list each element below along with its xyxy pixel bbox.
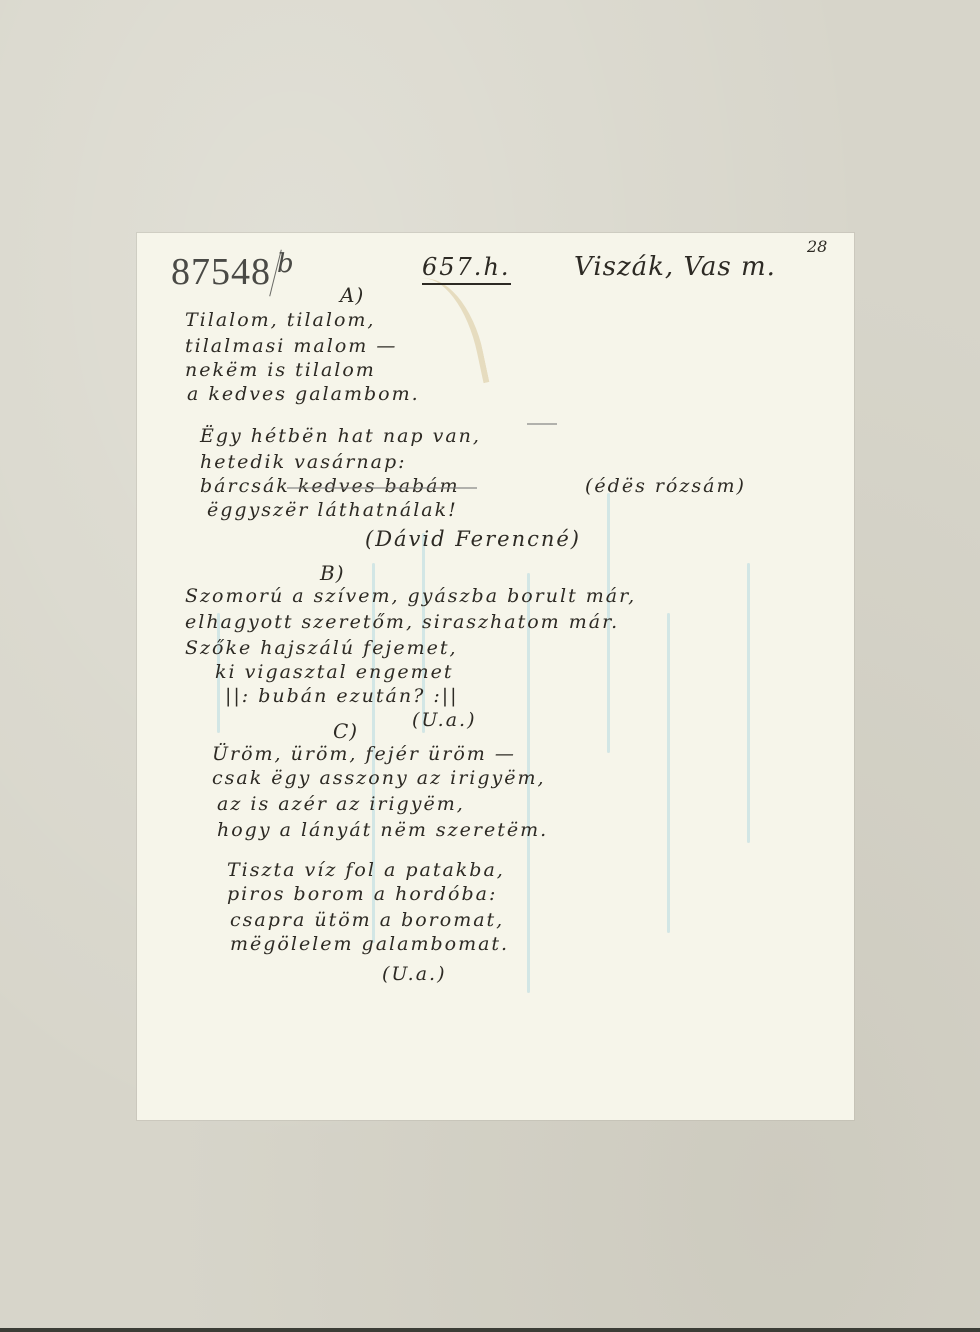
pencil-strikethrough	[287, 487, 477, 489]
board-bottom-edge	[0, 1328, 980, 1332]
verse-line: tilalmasi malom —	[185, 335, 397, 357]
verse-line: Tilalom, tilalom,	[185, 309, 375, 331]
verse-line: csak ëgy asszony az irigyëm,	[212, 767, 546, 789]
reference-number: 657.h.	[422, 253, 511, 285]
verse-line: csapra ütöm a boromat,	[230, 909, 504, 931]
collection-place: Viszák, Vas m.	[574, 252, 776, 282]
verse-line: az is azér az irigyëm,	[217, 793, 465, 815]
catalog-stamp-suffix: b	[277, 249, 294, 279]
manuscript-sheet: 87548 b 657.h. Viszák, Vas m. 28 A) Tila…	[137, 233, 854, 1120]
tea-stain	[421, 269, 490, 391]
verse-line: Ëgy hétbën hat nap van,	[200, 425, 481, 447]
verse-line: piros borom a hordóba:	[227, 883, 497, 905]
catalog-stamp-number: 87548	[171, 250, 271, 294]
verse-line: ëggyszër láthatnálak!	[207, 499, 458, 521]
attribution: (U.a.)	[412, 709, 477, 731]
verse-line-repeat: ||: bubán ezután? :||	[225, 685, 459, 707]
verse-line: Üröm, üröm, fejér üröm —	[212, 743, 516, 765]
attribution: (Dávid Ferencné)	[365, 527, 581, 551]
verse-line: mëgölelem galambomat.	[230, 933, 509, 955]
verse-line: elhagyott szeretőm, siraszhatom már.	[185, 611, 619, 633]
attribution: (U.a.)	[382, 963, 447, 985]
verse-line: a kedves galambom.	[187, 383, 420, 405]
verse-line: nekëm is tilalom	[185, 359, 376, 381]
verse-line: hogy a lányát nëm szeretëm.	[217, 819, 548, 841]
verse-line: ki vigasztal engemet	[215, 661, 454, 683]
verse-line: Szomorú a szívem, gyászba borult már,	[185, 585, 636, 607]
correction-text: (édës rózsám)	[585, 475, 746, 497]
section-label-c: C)	[333, 719, 358, 743]
verse-line: Tiszta víz fol a patakba,	[227, 859, 505, 881]
section-label-b: B)	[320, 561, 345, 585]
page-number: 28	[807, 237, 827, 256]
pencil-mark	[527, 423, 557, 425]
blue-stain	[747, 563, 750, 843]
section-label-a: A)	[340, 283, 364, 307]
verse-line: hetedik vasárnap:	[200, 451, 407, 473]
blue-stain	[667, 613, 670, 933]
verse-line: bárcsák kedves babám	[200, 475, 460, 497]
verse-line: Szőke hajszálú fejemet,	[185, 637, 458, 659]
